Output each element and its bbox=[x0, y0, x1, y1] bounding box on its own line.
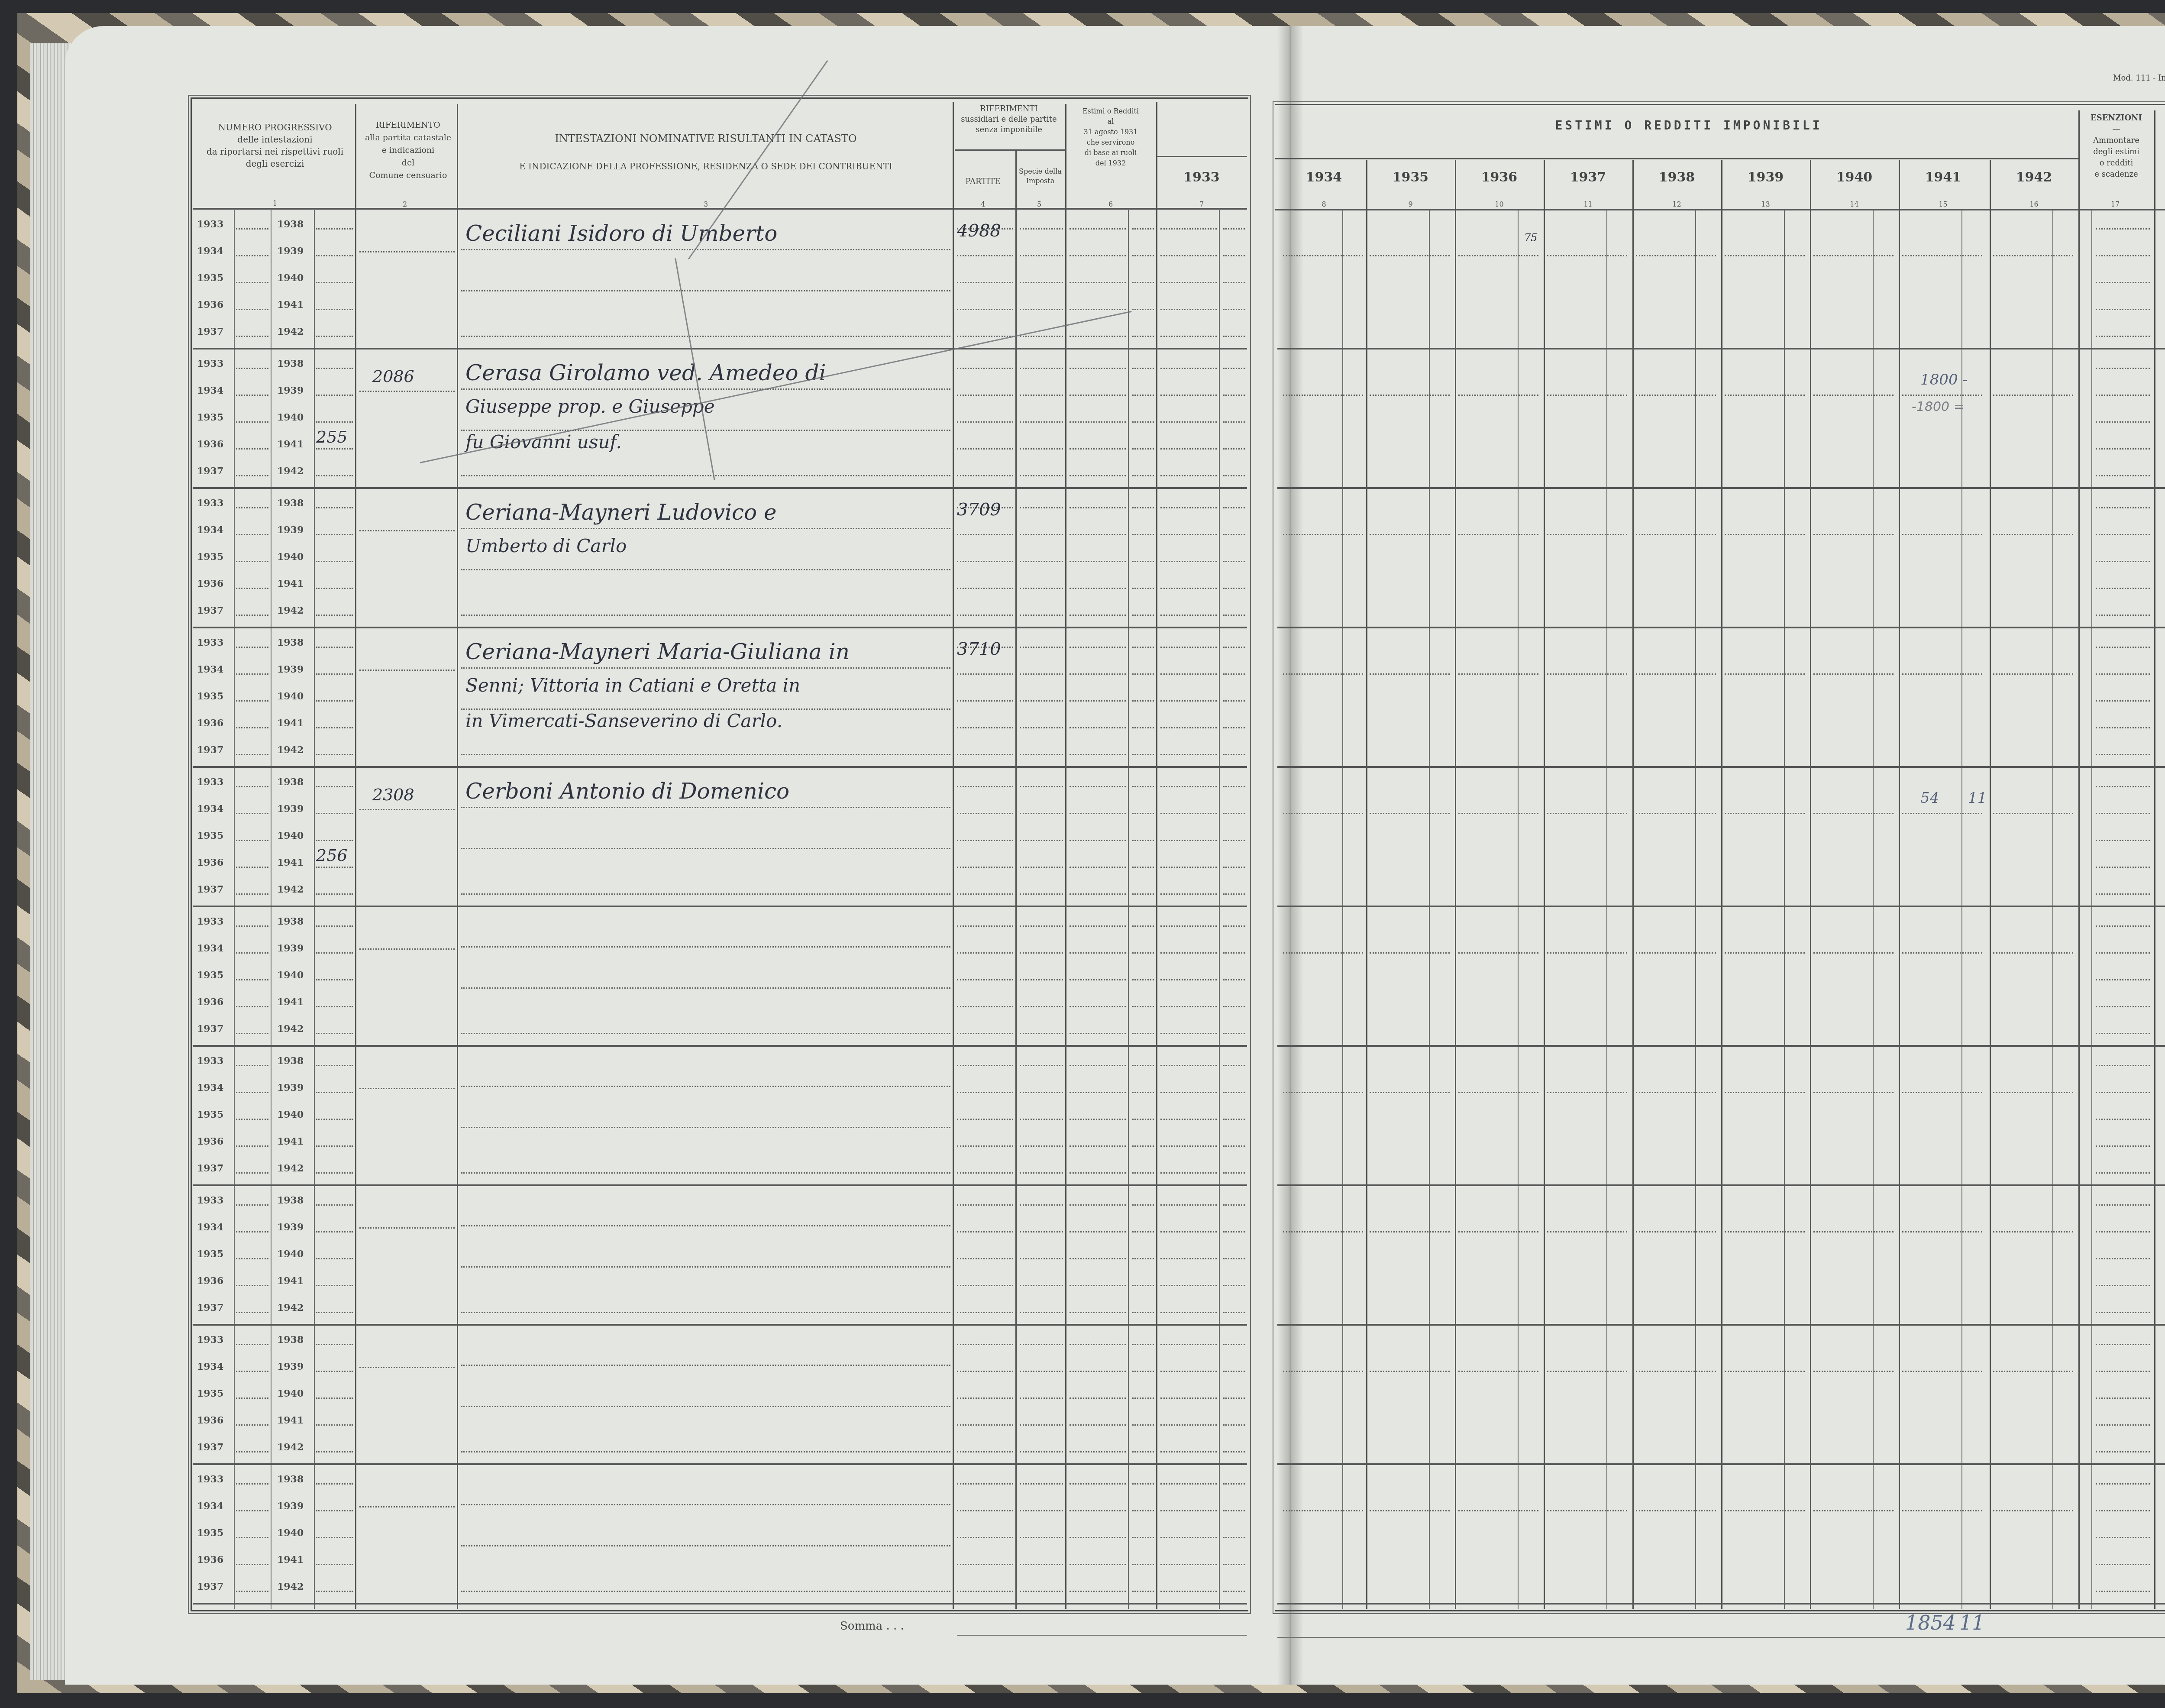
dotted-rule bbox=[2096, 1285, 2150, 1286]
dotted-rule bbox=[1070, 1510, 1126, 1511]
year-cents-divider bbox=[1784, 210, 1785, 1609]
dotted-rule bbox=[1458, 1510, 1538, 1511]
dotted-rule bbox=[1020, 1065, 1063, 1066]
dotted-rule bbox=[1813, 395, 1894, 396]
dotted-rule bbox=[1223, 1483, 1245, 1485]
col2-line: e indicazioni bbox=[357, 144, 459, 157]
col2-header: RIFERIMENTO alla partita catastale e ind… bbox=[357, 119, 459, 182]
dotted-rule bbox=[316, 727, 353, 728]
dotted-rule bbox=[1070, 448, 1126, 450]
dotted-rule bbox=[1070, 561, 1126, 562]
year-header-1935: 1935 bbox=[1366, 171, 1455, 184]
dotted-rule bbox=[316, 1065, 353, 1066]
dotted-rule bbox=[2096, 1483, 2150, 1485]
year-cents-divider bbox=[1695, 210, 1696, 1609]
year-label-b: 1942 bbox=[277, 326, 304, 337]
dotted-rule bbox=[316, 1119, 353, 1120]
col1-line: da riportarsi nei rispettivi ruoli bbox=[193, 146, 357, 158]
year-label-b: 1941 bbox=[277, 1275, 304, 1287]
year-label-b: 1938 bbox=[277, 1474, 304, 1485]
name-writing-line bbox=[461, 848, 950, 849]
dotted-rule bbox=[316, 1258, 353, 1259]
dotted-rule bbox=[1160, 1451, 1217, 1452]
dotted-rule bbox=[2096, 1258, 2150, 1259]
dotted-rule bbox=[2096, 952, 2150, 954]
year-col-divider bbox=[1899, 160, 1900, 1609]
dotted-rule bbox=[957, 1371, 1013, 1372]
year-col-number: 16 bbox=[2028, 200, 2041, 208]
dotted-rule bbox=[2096, 368, 2150, 369]
dotted-rule bbox=[1160, 1092, 1217, 1093]
dotted-rule bbox=[1132, 952, 1154, 954]
col17-number: 17 bbox=[2109, 200, 2122, 208]
col4-right-divider bbox=[1015, 149, 1017, 1609]
name-writing-line bbox=[461, 388, 950, 390]
dotted-rule bbox=[1547, 813, 1627, 814]
dotted-rule bbox=[1020, 1451, 1063, 1452]
dotted-rule bbox=[1132, 368, 1154, 369]
dotted-rule bbox=[2096, 1065, 2150, 1066]
dotted-rule bbox=[1370, 395, 1450, 396]
dotted-rule bbox=[1132, 700, 1154, 702]
dotted-rule bbox=[1132, 1510, 1154, 1511]
catasto-ref-number: 2086 bbox=[372, 367, 414, 386]
dotted-rule bbox=[1160, 255, 1217, 256]
dotted-rule bbox=[1132, 813, 1154, 814]
dotted-rule bbox=[236, 925, 268, 927]
dotted-rule bbox=[1993, 1510, 2073, 1511]
dotted-rule bbox=[1993, 673, 2073, 675]
year-label-a: 1934 bbox=[197, 1082, 223, 1093]
dotted-rule bbox=[1020, 1424, 1063, 1426]
dotted-rule bbox=[236, 1231, 268, 1232]
dotted-rule bbox=[1223, 1285, 1245, 1286]
year-label-a: 1933 bbox=[197, 1334, 223, 1346]
dotted-rule bbox=[1223, 1092, 1245, 1093]
esenzioni-line: degli estimi bbox=[2078, 146, 2154, 158]
dotted-rule bbox=[957, 475, 1013, 476]
dotted-rule bbox=[1370, 255, 1450, 256]
year-label-a: 1936 bbox=[197, 299, 223, 311]
dotted-rule bbox=[1223, 647, 1245, 648]
dotted-rule bbox=[1160, 534, 1217, 535]
dotted-rule bbox=[1132, 647, 1154, 648]
dotted-rule bbox=[1132, 925, 1154, 927]
partita-number: 3709 bbox=[957, 500, 1001, 520]
dotted-rule bbox=[1132, 1204, 1154, 1206]
dotted-rule bbox=[1020, 336, 1063, 337]
dotted-rule bbox=[1902, 1510, 1982, 1511]
col1a-divider bbox=[234, 210, 235, 1609]
row-separator bbox=[1277, 627, 2165, 628]
dotted-rule bbox=[2096, 309, 2150, 310]
dotted-rule bbox=[957, 1285, 1013, 1286]
dotted-rule bbox=[1160, 1172, 1217, 1174]
dotted-rule bbox=[1132, 588, 1154, 589]
year-label-a: 1935 bbox=[197, 272, 223, 284]
dotted-rule bbox=[1636, 1371, 1716, 1372]
dotted-rule bbox=[1547, 1231, 1627, 1232]
dotted-rule bbox=[1547, 1371, 1627, 1372]
year-label-b: 1939 bbox=[277, 524, 304, 536]
name-writing-line bbox=[461, 1365, 950, 1366]
dotted-rule bbox=[236, 813, 268, 814]
dotted-rule bbox=[1132, 615, 1154, 616]
dotted-rule bbox=[1132, 1231, 1154, 1232]
dotted-rule bbox=[236, 647, 268, 648]
dotted-rule bbox=[359, 1367, 455, 1368]
dotted-rule bbox=[236, 507, 268, 508]
dotted-rule bbox=[1070, 1591, 1126, 1592]
dotted-rule bbox=[1020, 534, 1063, 535]
year-label-b: 1941 bbox=[277, 857, 304, 868]
dotted-rule bbox=[1070, 727, 1126, 728]
dotted-rule bbox=[236, 1172, 268, 1174]
value-1936: 75 bbox=[1524, 232, 1538, 244]
year-label-b: 1942 bbox=[277, 605, 304, 616]
dotted-rule bbox=[316, 1371, 353, 1372]
year-label-b: 1942 bbox=[277, 884, 304, 895]
dotted-rule bbox=[957, 1006, 1013, 1007]
dotted-rule bbox=[236, 534, 268, 535]
dotted-rule bbox=[1160, 1537, 1217, 1538]
value-1941-cents: 11 bbox=[1968, 789, 1987, 807]
dotted-rule bbox=[957, 893, 1013, 895]
year-label-b: 1941 bbox=[277, 996, 304, 1008]
dotted-rule bbox=[236, 1371, 268, 1372]
dotted-rule bbox=[1725, 1510, 1805, 1511]
dotted-rule bbox=[1725, 813, 1805, 814]
dotted-rule bbox=[1813, 255, 1894, 256]
year-label-a: 1936 bbox=[197, 439, 223, 450]
dotted-rule bbox=[1902, 534, 1982, 535]
year-label-b: 1938 bbox=[277, 1055, 304, 1067]
dotted-rule bbox=[1070, 754, 1126, 755]
dotted-rule bbox=[957, 1344, 1013, 1345]
year-label-a: 1934 bbox=[197, 664, 223, 675]
dotted-rule bbox=[1993, 395, 2073, 396]
col3-subtitle: E INDICAZIONE DELLA PROFESSIONE, RESIDEN… bbox=[459, 160, 953, 173]
dotted-rule bbox=[236, 673, 268, 675]
dotted-rule bbox=[1458, 1371, 1538, 1372]
dotted-rule bbox=[1160, 448, 1217, 450]
dotted-rule bbox=[1725, 673, 1805, 675]
year-label-b: 1940 bbox=[277, 272, 304, 284]
dotted-rule bbox=[1132, 1371, 1154, 1372]
dotted-rule bbox=[1160, 1065, 1217, 1066]
dotted-rule bbox=[236, 1204, 268, 1206]
dotted-rule bbox=[1020, 1312, 1063, 1313]
dotted-rule bbox=[1132, 448, 1154, 450]
dotted-rule bbox=[236, 1006, 268, 1007]
dotted-rule bbox=[1370, 1510, 1450, 1511]
dotted-rule bbox=[1223, 673, 1245, 675]
dotted-rule bbox=[2096, 1033, 2150, 1034]
dotted-rule bbox=[1070, 228, 1126, 230]
year-label-a: 1934 bbox=[197, 1361, 223, 1372]
dotted-rule bbox=[2096, 700, 2150, 702]
dotted-rule bbox=[1223, 1006, 1245, 1007]
year-header-1936: 1936 bbox=[1455, 171, 1544, 184]
dotted-rule bbox=[1370, 1092, 1450, 1093]
dotted-rule bbox=[957, 1204, 1013, 1206]
dotted-rule bbox=[1070, 867, 1126, 868]
dotted-rule bbox=[1070, 475, 1126, 476]
dotted-rule bbox=[1020, 840, 1063, 841]
dotted-rule bbox=[236, 1564, 268, 1565]
dotted-rule bbox=[1132, 786, 1154, 787]
dotted-rule bbox=[316, 979, 353, 980]
value-1941: 1800 - bbox=[1920, 371, 1968, 388]
dotted-rule bbox=[957, 395, 1013, 396]
dotted-rule bbox=[316, 1145, 353, 1147]
dotted-rule bbox=[1020, 282, 1063, 283]
dotted-rule bbox=[1160, 282, 1217, 283]
year-col-number: 10 bbox=[1493, 200, 1506, 208]
dotted-rule bbox=[1636, 1092, 1716, 1093]
col6-line: 31 agosto 1931 bbox=[1065, 127, 1156, 137]
dotted-rule bbox=[316, 475, 353, 476]
dotted-rule bbox=[2096, 1591, 2150, 1592]
dotted-rule bbox=[1160, 893, 1217, 895]
name-writing-line bbox=[461, 290, 950, 291]
col7-cents-divider bbox=[1219, 210, 1220, 1609]
dotted-rule bbox=[1132, 421, 1154, 423]
dotted-rule bbox=[316, 1451, 353, 1452]
dotted-rule bbox=[316, 813, 353, 814]
dotted-rule bbox=[2096, 282, 2150, 283]
dotted-rule bbox=[1160, 615, 1217, 616]
dotted-rule bbox=[2096, 1119, 2150, 1120]
dotted-rule bbox=[1020, 754, 1063, 755]
year-label-b: 1941 bbox=[277, 1415, 304, 1426]
dotted-rule bbox=[1132, 1258, 1154, 1259]
dotted-rule bbox=[1020, 1591, 1063, 1592]
dotted-rule bbox=[1458, 1231, 1538, 1232]
year-header-1942: 1942 bbox=[1990, 171, 2078, 184]
dotted-rule bbox=[1020, 1006, 1063, 1007]
dotted-rule bbox=[236, 395, 268, 396]
dotted-rule bbox=[1020, 561, 1063, 562]
dotted-rule bbox=[957, 867, 1013, 868]
year-label-a: 1936 bbox=[197, 857, 223, 868]
dotted-rule bbox=[957, 1145, 1013, 1147]
dotted-rule bbox=[1020, 925, 1063, 927]
col1b-divider bbox=[271, 210, 271, 1609]
dotted-rule bbox=[1070, 1006, 1126, 1007]
dotted-rule bbox=[236, 1285, 268, 1286]
col45-title: RIFERIMENTI bbox=[953, 104, 1065, 114]
col2-line: alla partita catastale bbox=[357, 132, 459, 144]
year-cents-divider bbox=[1606, 210, 1607, 1609]
col1-line: delle intestazioni bbox=[193, 133, 357, 146]
dotted-rule bbox=[1160, 507, 1217, 508]
col2-title: RIFERIMENTO bbox=[357, 119, 459, 132]
dotted-rule bbox=[1636, 813, 1716, 814]
dotted-rule bbox=[1813, 534, 1894, 535]
dotted-rule bbox=[1902, 1371, 1982, 1372]
dotted-rule bbox=[359, 391, 455, 392]
row-separator bbox=[193, 627, 1247, 628]
year-label-a: 1934 bbox=[197, 1222, 223, 1233]
col45-subheader-rule bbox=[955, 149, 1065, 151]
dotted-rule bbox=[1636, 1510, 1716, 1511]
partita-number: 3710 bbox=[957, 639, 1001, 659]
dotted-rule bbox=[236, 1092, 268, 1093]
dotted-rule bbox=[1070, 952, 1126, 954]
dotted-rule bbox=[236, 952, 268, 954]
dotted-rule bbox=[1223, 754, 1245, 755]
dotted-rule bbox=[316, 395, 353, 396]
year-col-number: 12 bbox=[1671, 200, 1684, 208]
dotted-rule bbox=[1070, 1231, 1126, 1232]
dotted-rule bbox=[2096, 1424, 2150, 1426]
dotted-rule bbox=[1547, 673, 1627, 675]
year-label-b: 1939 bbox=[277, 1501, 304, 1512]
col5-number: 5 bbox=[1033, 200, 1046, 208]
dotted-rule bbox=[1160, 1591, 1217, 1592]
dotted-rule bbox=[316, 754, 353, 755]
dotted-rule bbox=[1283, 534, 1363, 535]
year-header-1939: 1939 bbox=[1721, 171, 1810, 184]
dotted-rule bbox=[1070, 1564, 1126, 1565]
dotted-rule bbox=[316, 673, 353, 675]
year-col-divider bbox=[1990, 160, 1991, 1609]
dotted-rule bbox=[1132, 1285, 1154, 1286]
dotted-rule bbox=[236, 1145, 268, 1147]
dotted-rule bbox=[1223, 309, 1245, 310]
row-separator bbox=[1277, 906, 2165, 907]
dotted-rule bbox=[1223, 1204, 1245, 1206]
years-header-rule bbox=[1275, 158, 2078, 159]
dotted-rule bbox=[1725, 255, 1805, 256]
dotted-rule bbox=[359, 670, 455, 671]
taxpayer-name-line: Ceriana-Mayneri Maria-Giuliana in bbox=[465, 639, 850, 664]
dotted-rule bbox=[1020, 1564, 1063, 1565]
dotted-rule bbox=[2096, 925, 2150, 927]
dotted-rule bbox=[236, 615, 268, 616]
dotted-rule bbox=[957, 727, 1013, 728]
dotted-rule bbox=[2096, 1537, 2150, 1538]
dotted-rule bbox=[1160, 786, 1217, 787]
year-label-a: 1937 bbox=[197, 1163, 223, 1174]
dotted-rule bbox=[1725, 1092, 1805, 1093]
dotted-rule bbox=[1020, 979, 1063, 980]
dotted-rule bbox=[316, 1344, 353, 1345]
year-label-b: 1939 bbox=[277, 1361, 304, 1372]
dotted-rule bbox=[1160, 588, 1217, 589]
dotted-rule bbox=[236, 228, 268, 230]
dotted-rule bbox=[236, 336, 268, 337]
year-label-b: 1938 bbox=[277, 637, 304, 648]
col6-line: del 1932 bbox=[1065, 158, 1156, 168]
dotted-rule bbox=[236, 867, 268, 868]
year-label-b: 1940 bbox=[277, 412, 304, 423]
dotted-rule bbox=[2096, 979, 2150, 980]
dotted-rule bbox=[1458, 534, 1538, 535]
dotted-rule bbox=[1223, 282, 1245, 283]
dotted-rule bbox=[1223, 1172, 1245, 1174]
year-label-a: 1937 bbox=[197, 744, 223, 756]
dotted-rule bbox=[1223, 421, 1245, 423]
row-separator bbox=[193, 1184, 1247, 1186]
row-separator bbox=[193, 1045, 1247, 1047]
dotted-rule bbox=[316, 336, 353, 337]
dotted-rule bbox=[1132, 1424, 1154, 1426]
dotted-rule bbox=[1993, 1092, 2073, 1093]
dotted-rule bbox=[1132, 1483, 1154, 1485]
dotted-rule bbox=[236, 1065, 268, 1066]
year-label-a: 1936 bbox=[197, 996, 223, 1008]
year-cents-divider bbox=[1342, 210, 1343, 1609]
dotted-rule bbox=[1132, 979, 1154, 980]
dotted-rule bbox=[236, 1312, 268, 1313]
col3-right-divider bbox=[953, 102, 954, 1609]
total-1941-cents: 11 bbox=[1959, 1611, 1985, 1634]
dotted-rule bbox=[1223, 228, 1245, 230]
year-label-b: 1938 bbox=[277, 1334, 304, 1346]
dotted-rule bbox=[316, 507, 353, 508]
dotted-rule bbox=[1813, 1092, 1894, 1093]
dotted-rule bbox=[236, 1451, 268, 1452]
dotted-rule bbox=[1636, 1231, 1716, 1232]
col6-number: 6 bbox=[1104, 200, 1117, 208]
year-label-b: 1941 bbox=[277, 718, 304, 729]
dotted-rule bbox=[1070, 588, 1126, 589]
dotted-rule bbox=[1547, 255, 1627, 256]
dotted-rule bbox=[2096, 893, 2150, 895]
year-label-b: 1940 bbox=[277, 1527, 304, 1539]
col1c-divider bbox=[314, 210, 315, 1609]
year-cents-divider bbox=[1429, 210, 1430, 1609]
dotted-rule bbox=[316, 840, 353, 841]
dotted-rule bbox=[236, 1483, 268, 1485]
total-1941: 1854 bbox=[1905, 1611, 1956, 1634]
dotted-rule bbox=[359, 1227, 455, 1229]
dotted-rule bbox=[1070, 1033, 1126, 1034]
row-separator bbox=[1277, 766, 2165, 768]
dotted-rule bbox=[1160, 673, 1217, 675]
dotted-rule bbox=[1223, 1258, 1245, 1259]
name-writing-line bbox=[461, 249, 950, 250]
esenzioni-line: e scadenze bbox=[2078, 169, 2154, 180]
year-label-a: 1933 bbox=[197, 1055, 223, 1067]
name-writing-line bbox=[461, 1504, 950, 1505]
col7-year-header: 1933 bbox=[1165, 171, 1238, 184]
dotted-rule bbox=[1070, 615, 1126, 616]
dotted-rule bbox=[1223, 840, 1245, 841]
year-label-a: 1933 bbox=[197, 498, 223, 509]
year-col-number: 9 bbox=[1404, 200, 1417, 208]
dotted-rule bbox=[2096, 1344, 2150, 1345]
year-label-a: 1937 bbox=[197, 1442, 223, 1453]
dotted-rule bbox=[1902, 395, 1982, 396]
dotted-rule bbox=[1283, 395, 1363, 396]
dotted-rule bbox=[1070, 1204, 1126, 1206]
dotted-rule bbox=[1020, 1231, 1063, 1232]
partita-number: 4988 bbox=[957, 221, 1001, 241]
dotted-rule bbox=[1020, 507, 1063, 508]
dotted-rule bbox=[1070, 1424, 1126, 1426]
dotted-rule bbox=[316, 228, 353, 230]
year-col-number: 11 bbox=[1582, 200, 1595, 208]
dotted-rule bbox=[2096, 395, 2150, 396]
dotted-rule bbox=[957, 754, 1013, 755]
dotted-rule bbox=[1223, 507, 1245, 508]
dotted-rule bbox=[316, 1537, 353, 1538]
esenzioni-title: ESENZIONI bbox=[2078, 113, 2154, 124]
dotted-rule bbox=[2096, 754, 2150, 755]
